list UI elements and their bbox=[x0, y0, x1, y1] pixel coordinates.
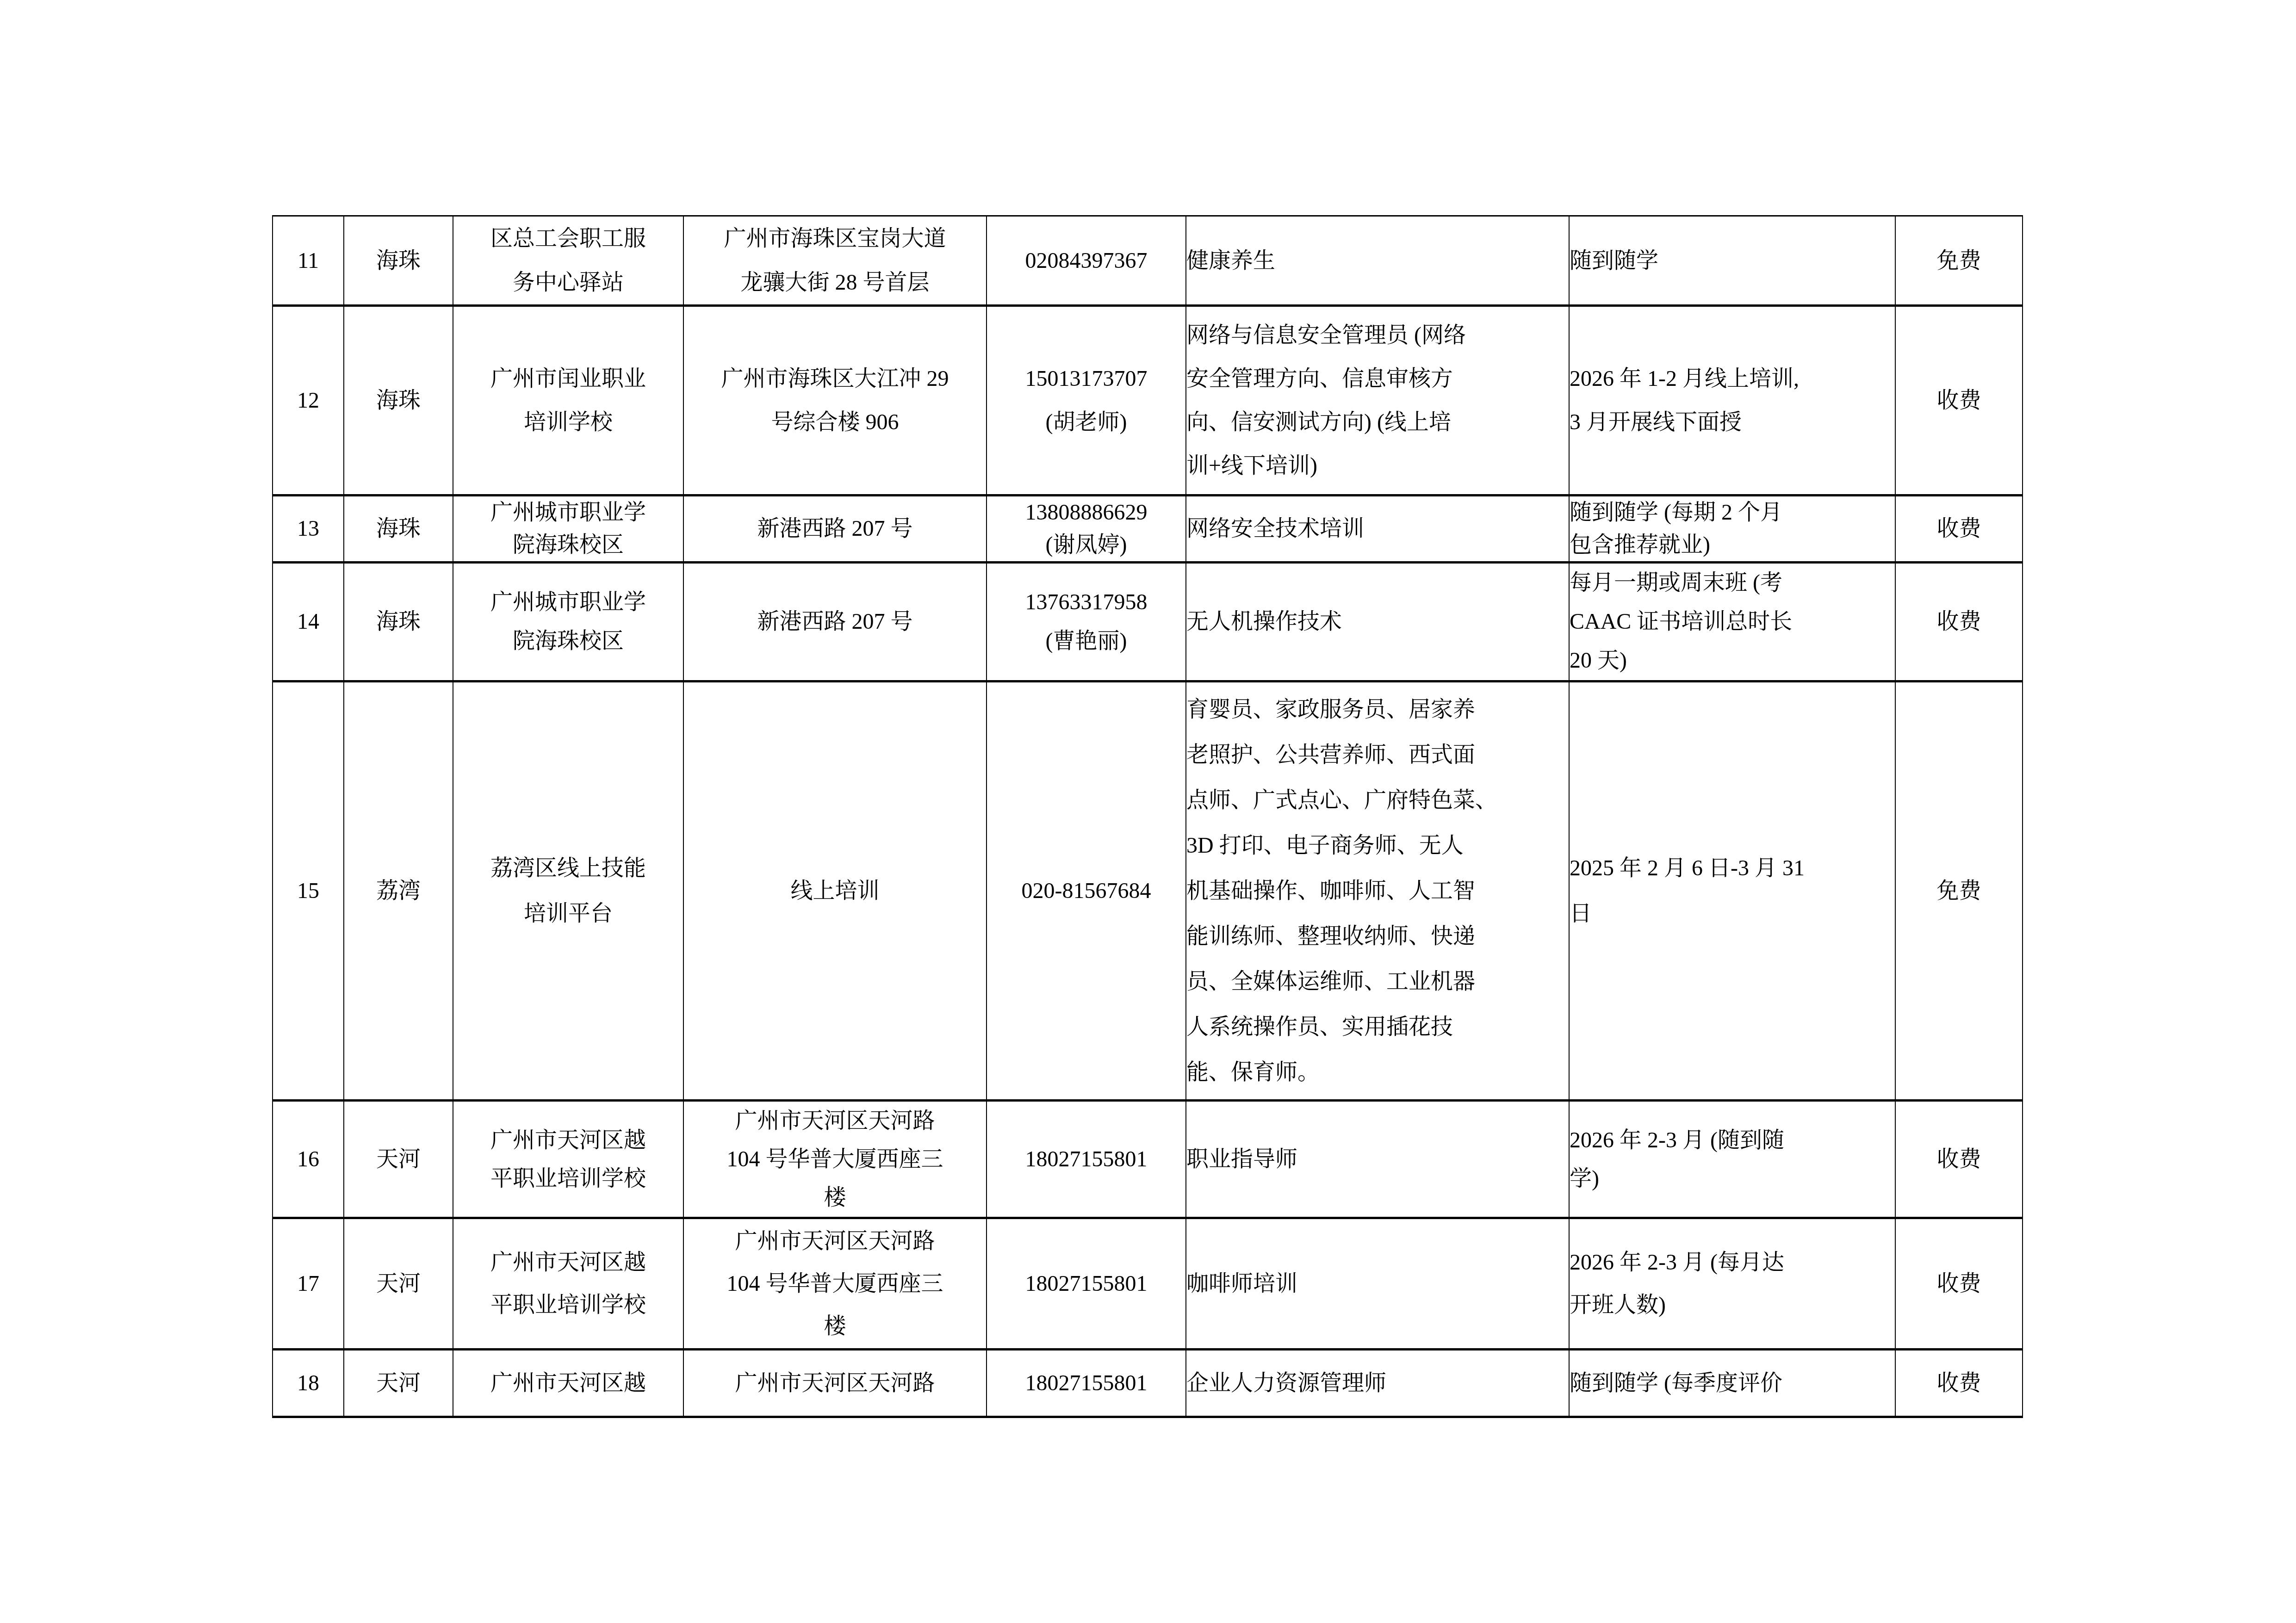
cell-schedule: 2026 年 1-2 月线上培训, 3 月开展线下面授 bbox=[1569, 306, 1895, 496]
table-row: 16 天河 广州市天河区越 平职业培训学校 广州市天河区天河路 104 号华普大… bbox=[273, 1101, 2023, 1218]
cell-phone: 020-81567684 bbox=[987, 681, 1186, 1101]
cell-training-content: 无人机操作技术 bbox=[1186, 563, 1569, 681]
cell-address: 广州市天河区天河路 104 号华普大厦西座三 楼 bbox=[683, 1218, 987, 1350]
cell-fee: 收费 bbox=[1895, 563, 2023, 681]
cell-schedule: 随到随学 (每季度评价 bbox=[1569, 1350, 1895, 1417]
cell-address: 广州市海珠区大江冲 29 号综合楼 906 bbox=[683, 306, 987, 496]
cell-address: 广州市天河区天河路 104 号华普大厦西座三 楼 bbox=[683, 1101, 987, 1218]
cell-district: 天河 bbox=[344, 1350, 453, 1417]
cell-schedule: 2026 年 2-3 月 (随到随 学) bbox=[1569, 1101, 1895, 1218]
cell-address: 广州市海珠区宝岗大道 龙骧大街 28 号首层 bbox=[683, 216, 987, 306]
cell-training-content: 咖啡师培训 bbox=[1186, 1218, 1569, 1350]
cell-phone: 02084397367 bbox=[987, 216, 1186, 306]
cell-serial-number: 11 bbox=[273, 216, 344, 306]
cell-district: 荔湾 bbox=[344, 681, 453, 1101]
cell-fee: 免费 bbox=[1895, 681, 2023, 1101]
cell-schedule: 2026 年 2-3 月 (每月达 开班人数) bbox=[1569, 1218, 1895, 1350]
cell-institution: 荔湾区线上技能 培训平台 bbox=[453, 681, 683, 1101]
cell-district: 海珠 bbox=[344, 496, 453, 563]
cell-fee: 收费 bbox=[1895, 496, 2023, 563]
cell-institution: 广州城市职业学 院海珠校区 bbox=[453, 496, 683, 563]
cell-fee: 收费 bbox=[1895, 306, 2023, 496]
cell-phone: 13808886629 (谢凤婷) bbox=[987, 496, 1186, 563]
cell-schedule: 随到随学 (每期 2 个月 包含推荐就业) bbox=[1569, 496, 1895, 563]
cell-training-content: 职业指导师 bbox=[1186, 1101, 1569, 1218]
table-row: 13 海珠 广州城市职业学 院海珠校区 新港西路 207 号 138088866… bbox=[273, 496, 2023, 563]
cell-schedule: 2025 年 2 月 6 日-3 月 31 日 bbox=[1569, 681, 1895, 1101]
table-row: 11 海珠 区总工会职工服 务中心驿站 广州市海珠区宝岗大道 龙骧大街 28 号… bbox=[273, 216, 2023, 306]
cell-serial-number: 14 bbox=[273, 563, 344, 681]
cell-institution: 广州市天河区越 平职业培训学校 bbox=[453, 1101, 683, 1218]
cell-serial-number: 15 bbox=[273, 681, 344, 1101]
table-row: 12 海珠 广州市闰业职业 培训学校 广州市海珠区大江冲 29 号综合楼 906… bbox=[273, 306, 2023, 496]
cell-address: 新港西路 207 号 bbox=[683, 563, 987, 681]
cell-institution: 广州市天河区越 平职业培训学校 bbox=[453, 1218, 683, 1350]
cell-phone: 18027155801 bbox=[987, 1350, 1186, 1417]
cell-serial-number: 17 bbox=[273, 1218, 344, 1350]
cell-fee: 免费 bbox=[1895, 216, 2023, 306]
table-row: 17 天河 广州市天河区越 平职业培训学校 广州市天河区天河路 104 号华普大… bbox=[273, 1218, 2023, 1350]
cell-training-content: 网络与信息安全管理员 (网络 安全管理方向、信息审核方 向、信安测试方向) (线… bbox=[1186, 306, 1569, 496]
cell-phone: 15013173707 (胡老师) bbox=[987, 306, 1186, 496]
cell-fee: 收费 bbox=[1895, 1101, 2023, 1218]
cell-serial-number: 13 bbox=[273, 496, 344, 563]
cell-institution: 广州市闰业职业 培训学校 bbox=[453, 306, 683, 496]
cell-district: 海珠 bbox=[344, 563, 453, 681]
cell-institution: 广州城市职业学 院海珠校区 bbox=[453, 563, 683, 681]
cell-training-content: 网络安全技术培训 bbox=[1186, 496, 1569, 563]
cell-phone: 13763317958 (曹艳丽) bbox=[987, 563, 1186, 681]
cell-serial-number: 16 bbox=[273, 1101, 344, 1218]
cell-phone: 18027155801 bbox=[987, 1101, 1186, 1218]
cell-institution: 广州市天河区越 bbox=[453, 1350, 683, 1417]
cell-address: 新港西路 207 号 bbox=[683, 496, 987, 563]
cell-institution: 区总工会职工服 务中心驿站 bbox=[453, 216, 683, 306]
cell-training-content: 育婴员、家政服务员、居家养 老照护、公共营养师、西式面 点师、广式点心、广府特色… bbox=[1186, 681, 1569, 1101]
cell-serial-number: 12 bbox=[273, 306, 344, 496]
cell-schedule: 随到随学 bbox=[1569, 216, 1895, 306]
cell-fee: 收费 bbox=[1895, 1350, 2023, 1417]
cell-phone: 18027155801 bbox=[987, 1218, 1186, 1350]
table-row: 14 海珠 广州城市职业学 院海珠校区 新港西路 207 号 137633179… bbox=[273, 563, 2023, 681]
cell-district: 海珠 bbox=[344, 306, 453, 496]
cell-training-content: 健康养生 bbox=[1186, 216, 1569, 306]
cell-district: 天河 bbox=[344, 1218, 453, 1350]
document-page: 11 海珠 区总工会职工服 务中心驿站 广州市海珠区宝岗大道 龙骧大街 28 号… bbox=[0, 0, 2296, 1623]
cell-address: 广州市天河区天河路 bbox=[683, 1350, 987, 1417]
cell-fee: 收费 bbox=[1895, 1218, 2023, 1350]
cell-district: 天河 bbox=[344, 1101, 453, 1218]
cell-serial-number: 18 bbox=[273, 1350, 344, 1417]
cell-training-content: 企业人力资源管理师 bbox=[1186, 1350, 1569, 1417]
cell-schedule: 每月一期或周末班 (考 CAAC 证书培训总时长 20 天) bbox=[1569, 563, 1895, 681]
cell-district: 海珠 bbox=[344, 216, 453, 306]
table-row: 18 天河 广州市天河区越 广州市天河区天河路 18027155801 企业人力… bbox=[273, 1350, 2023, 1417]
table-row: 15 荔湾 荔湾区线上技能 培训平台 线上培训 020-81567684 育婴员… bbox=[273, 681, 2023, 1101]
cell-address: 线上培训 bbox=[683, 681, 987, 1101]
training-institutions-table: 11 海珠 区总工会职工服 务中心驿站 广州市海珠区宝岗大道 龙骧大街 28 号… bbox=[272, 215, 2023, 1418]
